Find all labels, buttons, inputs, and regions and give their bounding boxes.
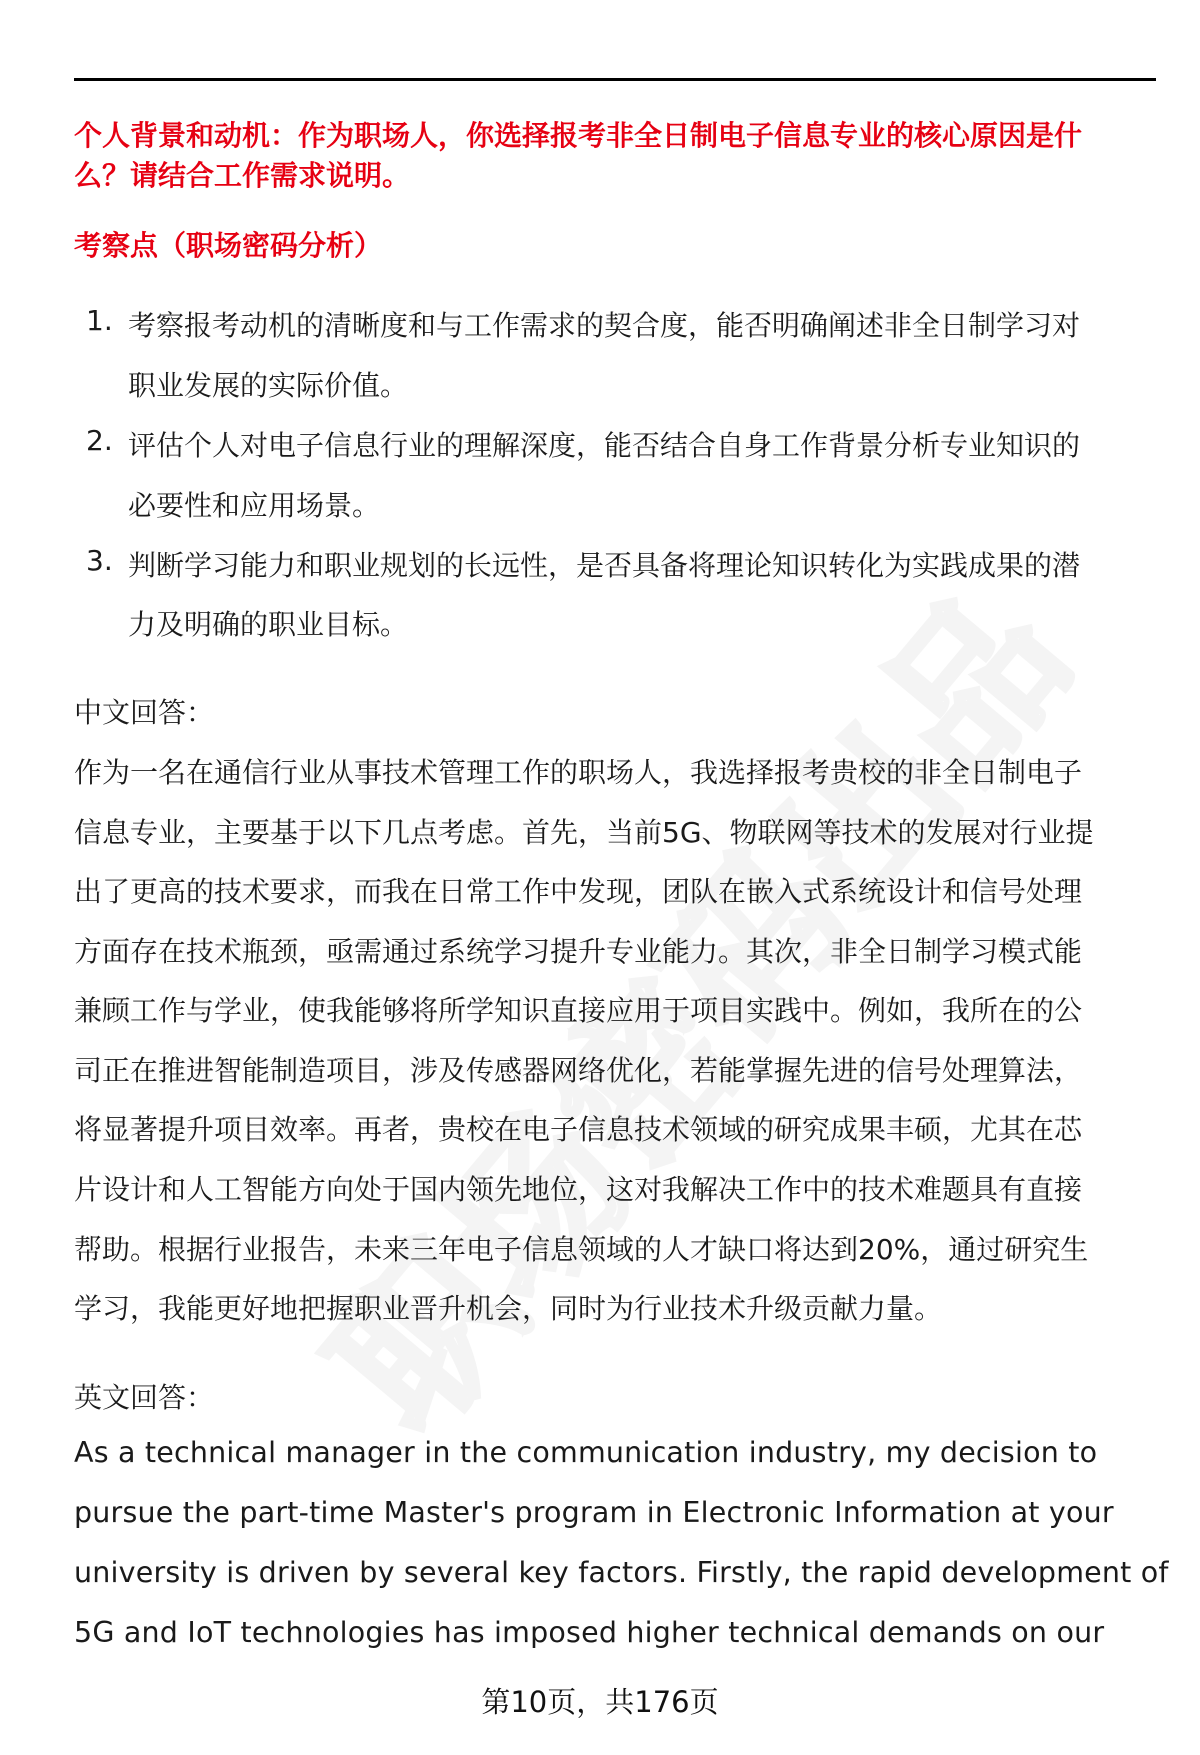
list-item: 必要性和应用场景。 [128,484,380,524]
paragraph-line: 信息专业，主要基于以下几点考虑。首先，当前5G、物联网等技术的发展对行业提 [74,811,1094,851]
paragraph-line: 作为一名在通信行业从事技术管理工作的职场人，我选择报考贵校的非全日制电子 [74,751,1082,791]
list-number: 3. [86,544,113,577]
paragraph-line: 学习，我能更好地把握职业晋升机会，同时为行业技术升级贡献力量。 [74,1287,942,1327]
list-item: 职业发展的实际价值。 [128,364,408,404]
paragraph-line: As a technical manager in the communicat… [74,1436,1097,1469]
question-title-line-2: 么？请结合工作需求说明。 [74,154,410,194]
paragraph-line: pursue the part-time Master's program in… [74,1496,1114,1529]
chinese-answer-heading: 中文回答： [74,691,214,731]
list-item: 力及明确的职业目标。 [128,603,408,643]
paragraph-line: 方面存在技术瓶颈，亟需通过系统学习提升专业能力。其次，非全日制学习模式能 [74,930,1082,970]
list-item: 考察报考动机的清晰度和与工作需求的契合度，能否明确阐述非全日制学习对 [128,304,1080,344]
page-number: 第10页，共176页 [0,1680,1200,1721]
paragraph-line: 片设计和人工智能方向处于国内领先地位，这对我解决工作中的技术难题具有直接 [74,1168,1082,1208]
paragraph-line: 兼顾工作与学业，使我能够将所学知识直接应用于项目实践中。例如，我所在的公 [74,989,1082,1029]
paragraph-line: 将显著提升项目效率。再者，贵校在电子信息技术领域的研究成果丰硕，尤其在芯 [74,1108,1082,1148]
list-number: 2. [86,424,113,457]
paragraph-line: 5G and IoT technologies has imposed high… [74,1616,1104,1649]
paragraph-line: 帮助。根据行业报告，未来三年电子信息领域的人才缺口将达到20%，通过研究生 [74,1228,1088,1268]
list-number: 1. [86,304,113,337]
english-answer-heading: 英文回答： [74,1376,214,1416]
paragraph-line: 出了更高的技术要求，而我在日常工作中发现，团队在嵌入式系统设计和信号处理 [74,870,1082,910]
paragraph-line: university is driven by several key fact… [74,1556,1169,1589]
exam-points-heading: 考察点（职场密码分析） [74,224,382,264]
list-item: 判断学习能力和职业规划的长远性，是否具备将理论知识转化为实践成果的潜 [128,544,1080,584]
list-item: 评估个人对电子信息行业的理解深度，能否结合自身工作背景分析专业知识的 [128,424,1080,464]
paragraph-line: 司正在推进智能制造项目，涉及传感器网络优化，若能掌握先进的信号处理算法， [74,1049,1082,1089]
header-rule [74,78,1156,81]
question-title-line-1: 个人背景和动机：作为职场人，你选择报考非全日制电子信息专业的核心原因是什 [74,114,1082,154]
